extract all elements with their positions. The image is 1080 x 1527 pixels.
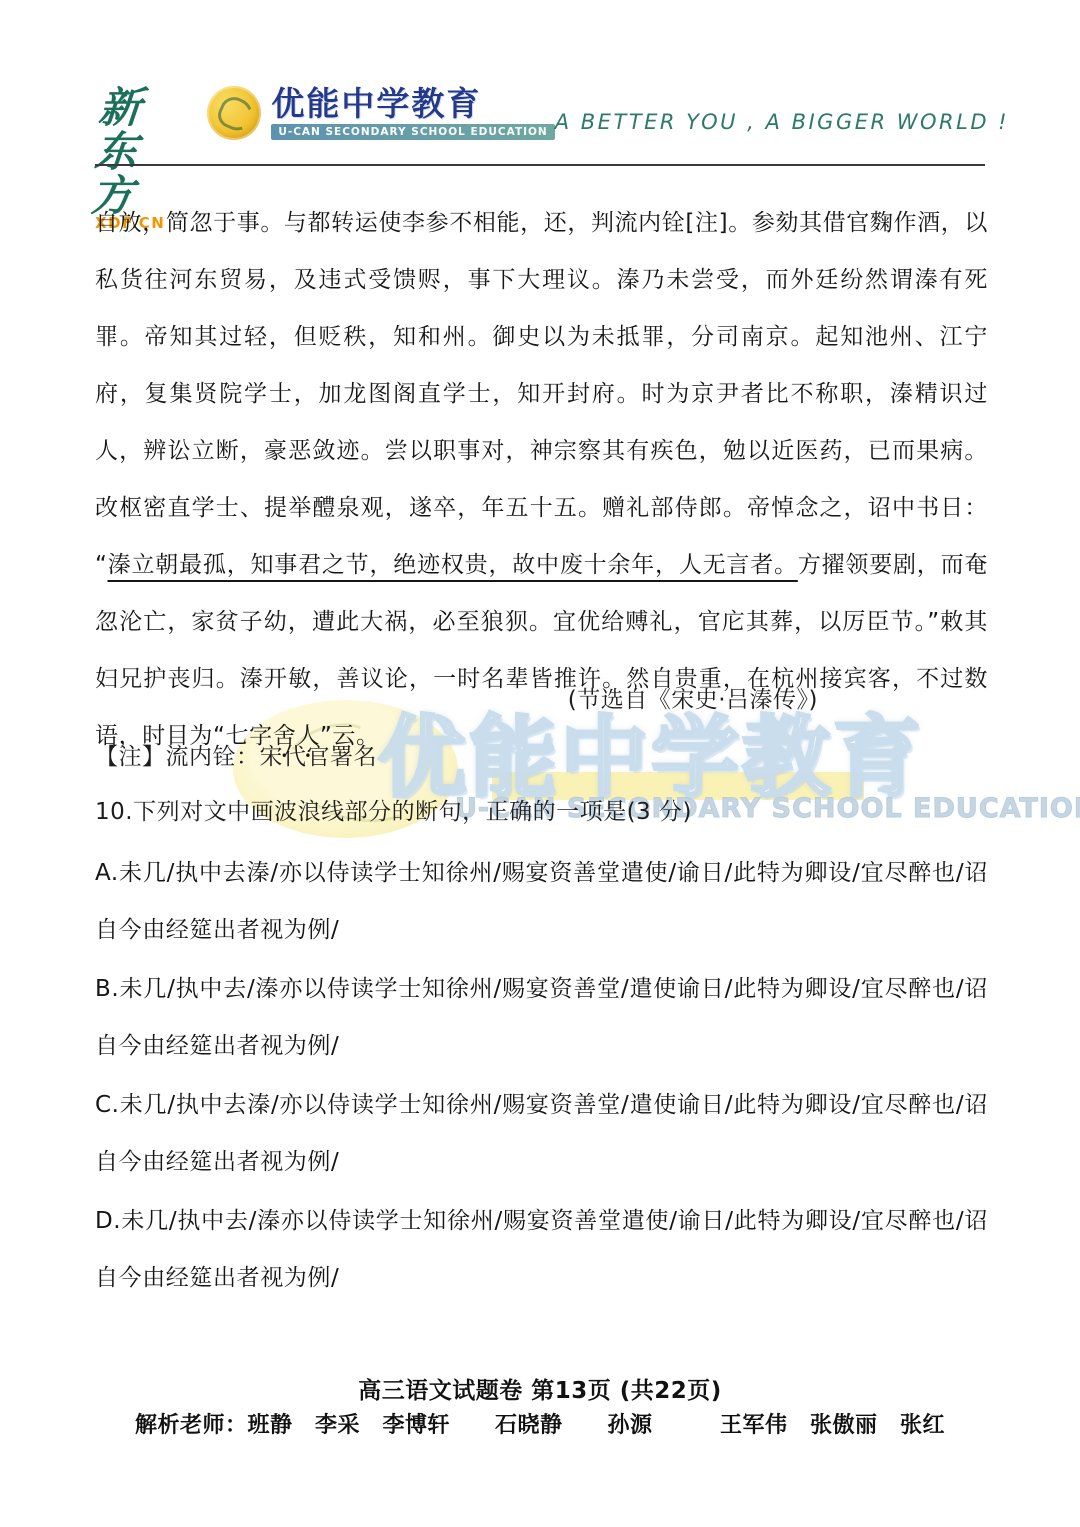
ucan-logo-banner: U-CAN SECONDARY SCHOOL EDUCATION [271,124,554,140]
question-stem: 10.下列对文中画波浪线部分的断句，正确的一项是(3 分) [95,784,692,841]
option-d-label: D. [95,1208,121,1234]
passage-note: 【注】流内铨：宋代官署名 [95,729,377,786]
ucan-logo-texts: 优能中学教育 U-CAN SECONDARY SCHOOL EDUCATION [271,86,554,140]
page-indicator: 第13页 (共22页) [531,1378,722,1404]
option-b-label: B. [95,976,119,1002]
exam-title: 高三语文试题卷 [358,1378,523,1404]
option-d: D.未几/执中去/溱亦以侍读学士知徐州/赐宴资善堂遣使/谕日/此特为卿设/宜尽醉… [95,1193,988,1307]
ucan-circle-icon [207,86,261,140]
passage-segment: 自放，简忽于事。与都转运使李参不相能，还，判流内铨[注]。参劾其借官麴作酒，以私… [95,210,988,578]
option-a-label: A. [95,860,119,886]
ucan-logo: 优能中学教育 U-CAN SECONDARY SCHOOL EDUCATION [207,86,554,140]
question-options: A.未几/执中去溱/亦以侍读学士知徐州/赐宴资善堂遣使/谕日/此特为卿设/宜尽醉… [95,845,988,1309]
option-d-text: 未几/执中去/溱亦以侍读学士知徐州/赐宴资善堂遣使/谕日/此特为卿设/宜尽醉也/… [95,1208,988,1291]
passage-citation: (节选自《宋史·吕溱传》) [95,672,818,729]
footer-page-line: 高三语文试题卷 第13页 (共22页) [0,1372,1080,1405]
option-c: C.未几/执中去溱/亦以侍读学士知徐州/赐宴资善堂/遣使谕日/此特为卿设/宜尽醉… [95,1077,988,1191]
option-a-text: 未几/执中去溱/亦以侍读学士知徐州/赐宴资善堂遣使/谕日/此特为卿设/宜尽醉也/… [95,860,988,943]
option-a: A.未几/执中去溱/亦以侍读学士知徐州/赐宴资善堂遣使/谕日/此特为卿设/宜尽醉… [95,845,988,959]
option-b-text: 未几/执中去/溱亦以侍读学士知徐州/赐宴资善堂/遣使谕日/此特为卿设/宜尽醉也/… [95,976,988,1059]
option-c-label: C. [95,1092,120,1118]
option-c-text: 未几/执中去溱/亦以侍读学士知徐州/赐宴资善堂/遣使谕日/此特为卿设/宜尽醉也/… [95,1092,988,1175]
header-rule [95,164,985,166]
passage-underlined-segment: 溱立朝最孤，知事君之节，绝迹权贵，故中废十余年，人无言者。 [108,552,798,578]
footer-teachers-line: 解析老师：班静 李采 李博轩 石晓静 孙源 王军伟 张傲丽 张红 [0,1408,1080,1439]
exam-page: 优能中学教育 U-CAN SECONDARY SCHOOL EDUCATION … [0,0,1080,1527]
header-slogan: A BETTER YOU , A BIGGER WORLD ! [555,110,1009,134]
header: 新东方 XDF.CN 优能中学教育 U-CAN SECONDARY SCHOOL… [95,80,985,162]
page-content: 新东方 XDF.CN 优能中学教育 U-CAN SECONDARY SCHOOL… [0,0,1080,1527]
option-b: B.未几/执中去/溱亦以侍读学士知徐州/赐宴资善堂/遣使谕日/此特为卿设/宜尽醉… [95,961,988,1075]
ucan-logo-text: 优能中学教育 [271,86,554,122]
